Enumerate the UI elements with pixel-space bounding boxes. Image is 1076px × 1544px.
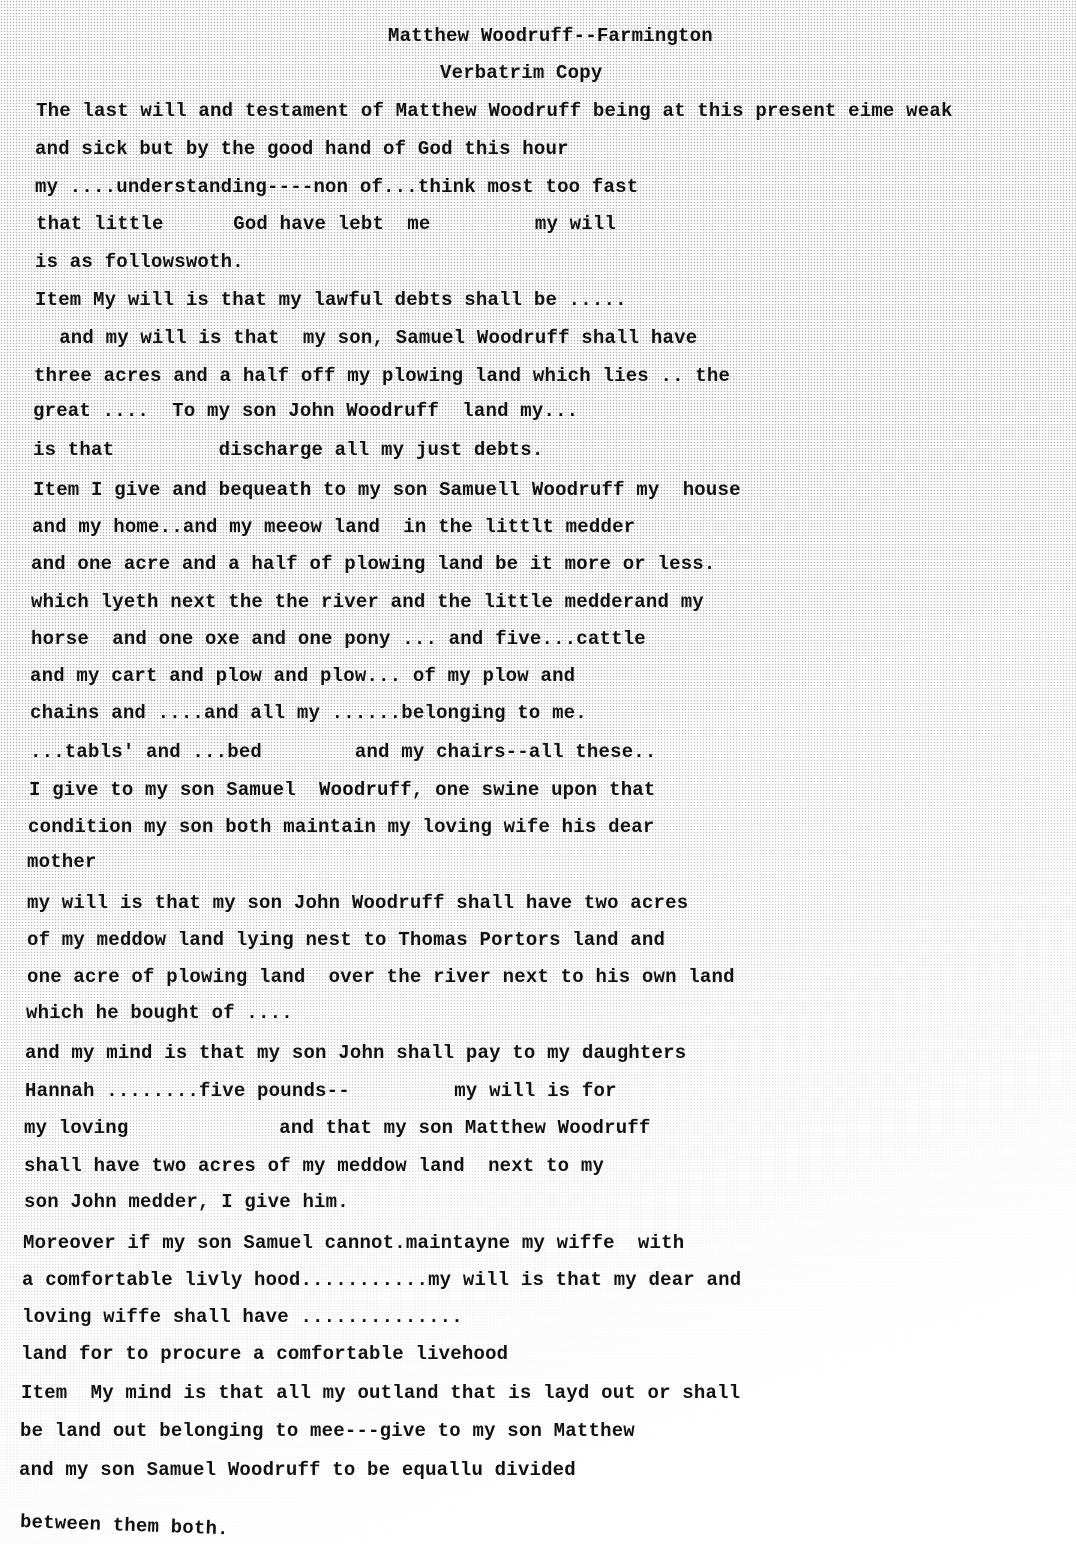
text-line: I give to my son Samuel Woodruff, one sw… — [29, 778, 656, 802]
text-line: horse and one oxe and one pony ... and f… — [31, 627, 646, 651]
text-line: son John medder, I give him. — [24, 1190, 349, 1214]
text-line: and my cart and plow and plow... of my p… — [30, 664, 575, 688]
text-line: great .... To my son John Woodruff land … — [33, 399, 578, 423]
text-line: my will is that my son John Woodruff sha… — [27, 891, 688, 915]
text-line: and my will is that my son, Samuel Woodr… — [36, 326, 697, 350]
text-line: which he bought of .... — [26, 1001, 293, 1025]
text-line: be land out belonging to mee---give to m… — [20, 1419, 635, 1443]
text-line: three acres and a half off my plowing la… — [34, 364, 730, 388]
text-line: condition my son both maintain my loving… — [28, 815, 655, 839]
document-title: Matthew Woodruff--Farmington — [388, 24, 713, 48]
will-document: Matthew Woodruff--Farmington Verbatrim C… — [0, 0, 1076, 1544]
text-line: Item My mind is that all my outland that… — [21, 1381, 740, 1405]
text-line: Item I give and bequeath to my son Samue… — [33, 478, 741, 502]
text-line: and my home..and my meeow land in the li… — [32, 515, 635, 539]
text-line: and one acre and a half of plowing land … — [31, 552, 716, 576]
text-line: one acre of plowing land over the river … — [27, 965, 735, 989]
text-line-closing: between them both. — [20, 1510, 230, 1541]
text-line: my loving and that my son Matthew Woodru… — [24, 1116, 651, 1140]
text-line: and my son Samuel Woodruff to be equallu… — [19, 1458, 576, 1482]
text-line: loving wiffe shall have .............. — [22, 1305, 463, 1329]
text-line: The last will and testament of Matthew W… — [36, 99, 953, 123]
text-line: and my mind is that my son John shall pa… — [25, 1041, 686, 1065]
text-line: ...tabls' and ...bed and my chairs--all … — [30, 740, 657, 764]
text-line: shall have two acres of my meddow land n… — [24, 1154, 604, 1178]
text-line: mother — [27, 850, 97, 874]
text-line: Hannah ........five pounds-- my will is … — [25, 1079, 617, 1103]
text-line: of my meddow land lying nest to Thomas P… — [27, 928, 665, 952]
text-line: which lyeth next the the river and the l… — [31, 590, 704, 614]
text-line: chains and ....and all my ......belongin… — [30, 701, 587, 725]
text-line: land for to procure a comfortable liveho… — [21, 1342, 508, 1366]
text-line: and sick but by the good hand of God thi… — [35, 137, 569, 161]
text-line: a comfortable livly hood...........my wi… — [22, 1268, 741, 1292]
text-line: Item My will is that my lawful debts sha… — [35, 288, 627, 312]
text-line: that little God have lebt me my will — [36, 212, 616, 236]
text-line: Moreover if my son Samuel cannot.maintay… — [23, 1231, 684, 1255]
text-line: my ....understanding----non of...think m… — [35, 175, 638, 199]
text-line: is as followswoth. — [35, 250, 244, 274]
document-subtitle: Verbatrim Copy — [440, 61, 602, 85]
text-line: is that discharge all my just debts. — [33, 438, 543, 462]
